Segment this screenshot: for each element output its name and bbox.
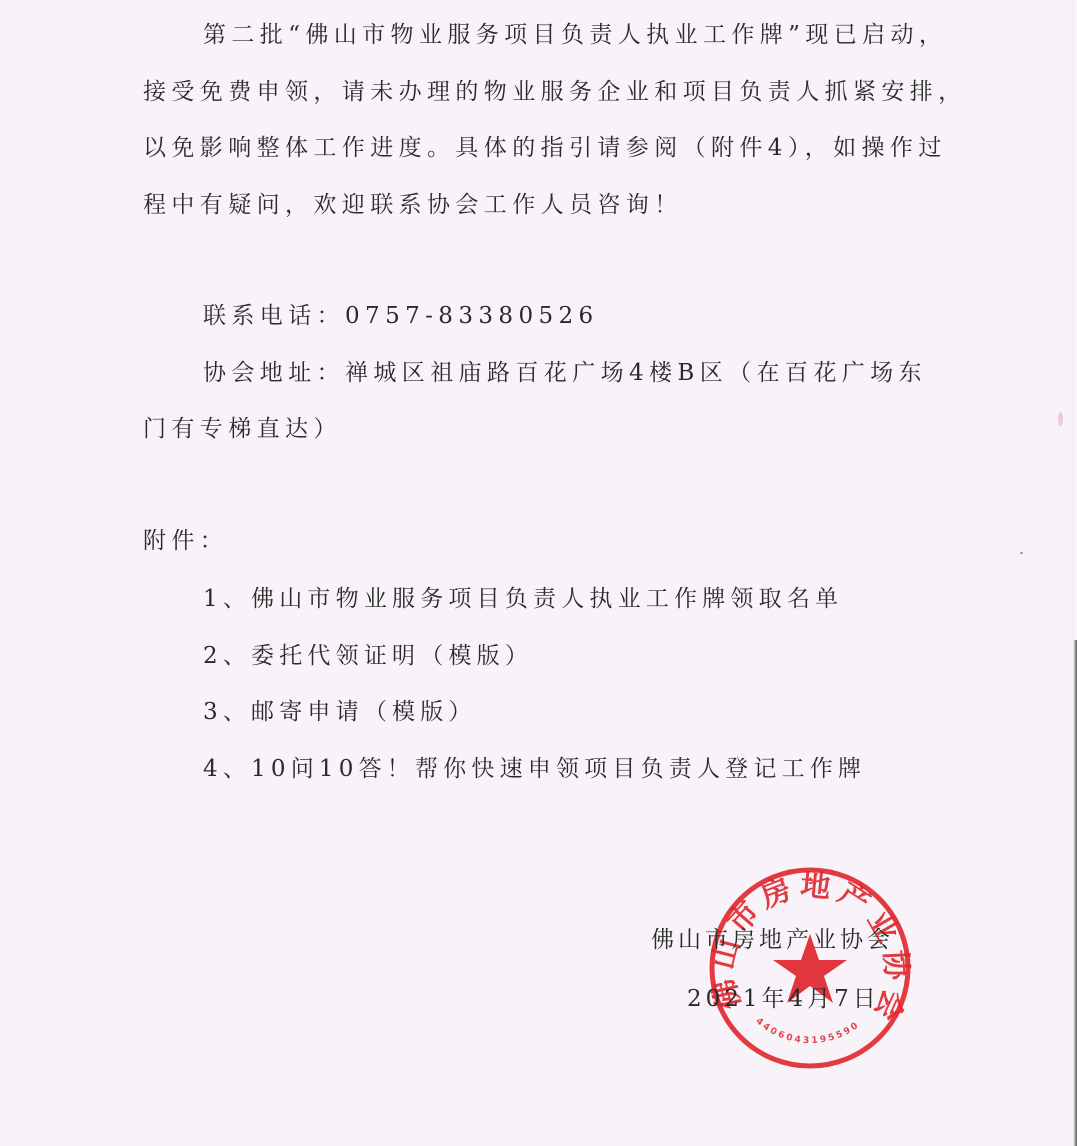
attachment-item: 2、委托代领证明（模版） [203, 641, 533, 671]
paragraph-line: 程中有疑问，欢迎联系协会工作人员咨询！ [143, 190, 683, 220]
scan-mark [1058, 412, 1063, 426]
signature-organization: 佛山市房地产业协会 [651, 925, 894, 955]
attachment-item: 3、邮寄申请（模版） [203, 697, 477, 727]
attachments-heading: 附件： [143, 526, 228, 556]
paragraph-line: 第二批“佛山市物业服务项目负责人执业工作牌”现已启动， [203, 20, 947, 50]
paragraph-line: 以免影响整体工作进度。具体的指引请参阅（附件4），如操作过 [143, 133, 947, 163]
paragraph-line: 接受免费申领，请未办理的物业服务企业和项目负责人抓紧安排， [143, 77, 967, 107]
contact-phone: 联系电话：0757-83380526 [203, 301, 599, 331]
seal-code: 4406043195590 [754, 1016, 863, 1046]
official-seal-icon: 佛山市房地产业协会 4406043195590 [708, 866, 912, 1070]
svg-text:4406043195590: 4406043195590 [754, 1016, 863, 1046]
signature-date: 2021年4月7日 [687, 984, 880, 1014]
contact-address: 协会地址：禅城区祖庙路百花广场4楼B区（在百花广场东 [203, 358, 927, 388]
attachment-item: 4、10问10答！帮你快速申领项目负责人登记工作牌 [203, 754, 866, 784]
contact-address-cont: 门有专梯直达） [143, 414, 342, 444]
attachment-item: 1、佛山市物业服务项目负责人执业工作牌领取名单 [203, 584, 843, 614]
scan-dot [1020, 552, 1023, 554]
